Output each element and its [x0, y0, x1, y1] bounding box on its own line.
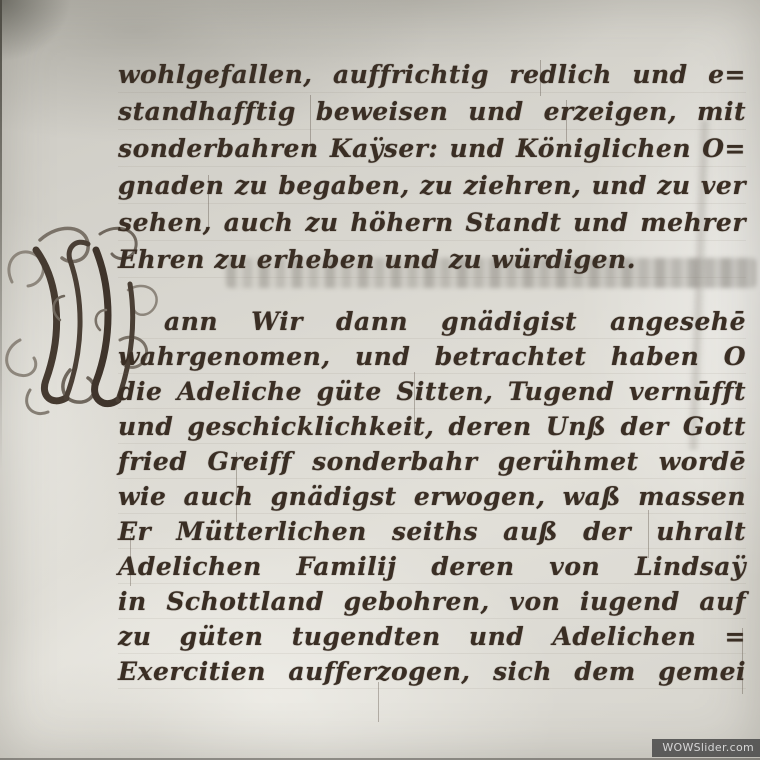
manuscript-line: Ehren zu erheben und zu würdigen.	[118, 241, 746, 278]
manuscript-line: und geschicklichkeit, deren Unß der Gott	[118, 409, 746, 444]
manuscript-line: die Adeliche güte Sitten, Tugend vernūff…	[118, 374, 746, 409]
manuscript-line: in Schottland gebohren, von iugend auf	[118, 584, 746, 619]
manuscript-line: sehen, auch zu höhern Standt und mehrer	[118, 204, 746, 241]
manuscript-text-block: wohlgefallen, auffrichtig redlich und e=…	[118, 56, 746, 689]
manuscript-line: standhafftig beweisen und erzeigen, mit	[118, 93, 746, 130]
manuscript-paragraph-2: ann Wir dann gnädigist angesehē wahrgeno…	[118, 304, 746, 689]
corner-smudge	[0, 0, 72, 62]
manuscript-line: wahrgenomen, und betrachtet haben O	[118, 339, 746, 374]
manuscript-line: sonderbahren Kaÿser: und Königlichen O=	[118, 130, 746, 167]
manuscript-line: wohlgefallen, auffrichtig redlich und e=	[118, 56, 746, 93]
manuscript-line: gnaden zu begaben, zu ziehren, und zu ve…	[118, 167, 746, 204]
manuscript-line: wie auch gnädigst erwogen, waß massen	[118, 479, 746, 514]
manuscript-paragraph-1: wohlgefallen, auffrichtig redlich und e=…	[118, 56, 746, 278]
manuscript-line: zu güten tugendten und Adelichen =	[118, 619, 746, 654]
manuscript-line: Er Mütterlichen seiths auß der uhralt	[118, 514, 746, 549]
manuscript-line: Adelichen Familij deren von Lindsaÿ	[118, 549, 746, 584]
watermark-text: WOWSlider.com	[662, 741, 754, 754]
manuscript-line: ann Wir dann gnädigist angesehē	[118, 304, 746, 339]
parchment-page: wohlgefallen, auffrichtig redlich und e=…	[0, 0, 760, 760]
manuscript-line: Exercitien aufferzogen, sich dem gemei	[118, 654, 746, 689]
watermark[interactable]: WOWSlider.com	[652, 739, 760, 757]
manuscript-line: fried Greiff sonderbahr gerühmet wordē	[118, 444, 746, 479]
